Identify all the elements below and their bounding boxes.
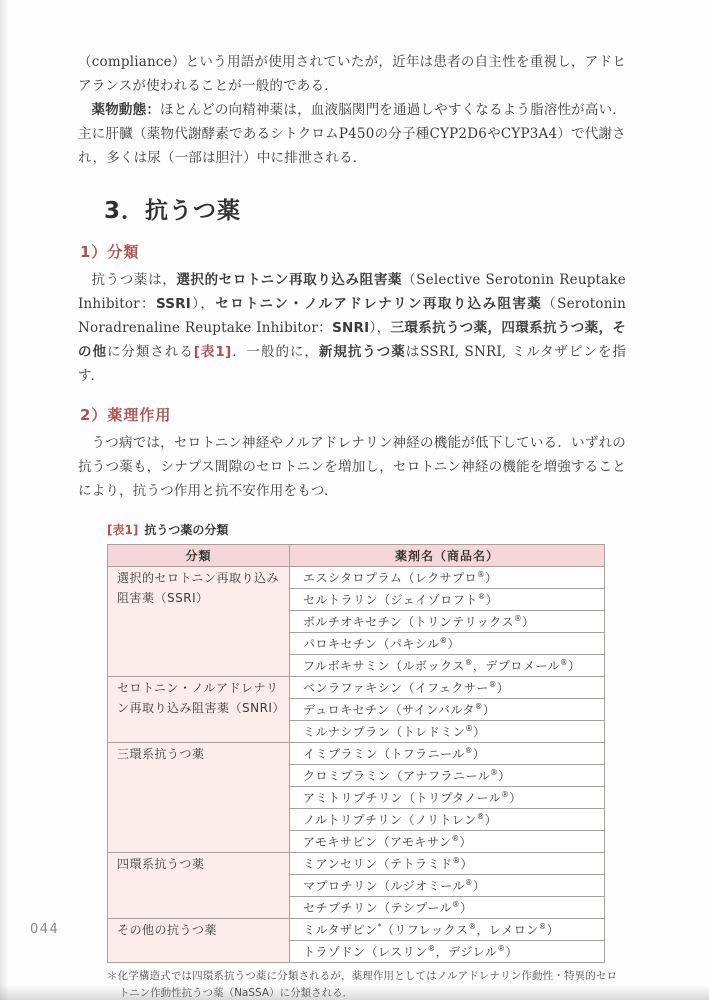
drug-cell: ボルチオキセチン（トリンテリックス®） xyxy=(290,611,605,633)
column-header-category: 分類 xyxy=(108,545,290,567)
drug-cell: トラゾドン（レスリン®，デジレル®） xyxy=(290,941,605,963)
drug-cell: ベンラファキシン（イフェクサー®） xyxy=(290,677,605,699)
column-header-drug-name: 薬剤名（商品名） xyxy=(290,545,605,567)
drug-cell: ミアンセリン（テトラミド®） xyxy=(290,853,605,875)
table-row: 三環系抗うつ薬イミプラミン（トフラニール®） xyxy=(108,743,605,765)
drug-cell: セルトラリン（ジェイゾロフト®） xyxy=(290,589,605,611)
drug-cell: ミルナシプラン（トレドミン®） xyxy=(290,721,605,743)
table-caption-title: 抗うつ薬の分類 xyxy=(144,523,228,537)
drug-cell: ミルタザピン*（リフレックス®，レメロン®） xyxy=(290,919,605,941)
drug-cell: フルボキサミン（ルボックス®，デプロメール®） xyxy=(290,655,605,677)
drug-cell: デュロキセチン（サインバルタ®） xyxy=(290,699,605,721)
category-cell: その他の抗うつ薬 xyxy=(108,919,290,963)
classification-paragraph: 抗うつ薬は，選択的セロトニン再取り込み阻害薬（Selective Seroton… xyxy=(78,268,626,388)
drug-cell: パロキセチン（パキシル®） xyxy=(290,633,605,655)
drug-cell: クロミプラミン（アナフラニール®） xyxy=(290,765,605,787)
drug-cell: セチプチリン（テシプール®） xyxy=(290,897,605,919)
antidepressant-classification-table: 分類 薬剤名（商品名） 選択的セロトニン再取り込み阻害薬（SSRI）エスシタロプ… xyxy=(107,544,605,963)
table-caption-tag: [表1] xyxy=(107,523,138,537)
page-content: （compliance）という用語が使用されていたが，近年は患者の自主性を重視し… xyxy=(78,50,626,1000)
intro-paragraph-continued: （compliance）という用語が使用されていたが，近年は患者の自主性を重視し… xyxy=(78,50,626,98)
category-cell: 選択的セロトニン再取り込み阻害薬（SSRI） xyxy=(108,567,290,677)
page-edge-shadow-bottom xyxy=(0,985,709,1000)
drug-table-body: 選択的セロトニン再取り込み阻害薬（SSRI）エスシタロプラム（レクサプロ®）セル… xyxy=(108,567,605,963)
drug-cell: アミトリプチリン（トリプタノール®） xyxy=(290,787,605,809)
table-caption: [表1]抗うつ薬の分類 xyxy=(107,521,626,538)
book-page: （compliance）という用語が使用されていたが，近年は患者の自主性を重視し… xyxy=(0,0,709,1000)
pharmacology-paragraph: うつ病では，セロトニン神経やノルアドレナリン神経の機能が低下している．いずれの抗… xyxy=(78,431,626,503)
table-row: 四環系抗うつ薬ミアンセリン（テトラミド®） xyxy=(108,853,605,875)
page-number: 044 xyxy=(30,922,59,937)
table-row: セロトニン・ノルアドレナリン再取り込み阻害薬（SNRI）ベンラファキシン（イフェ… xyxy=(108,677,605,699)
subsection-heading-pharmacology: 2）薬理作用 xyxy=(80,404,626,425)
table-row: その他の抗うつ薬ミルタザピン*（リフレックス®，レメロン®） xyxy=(108,919,605,941)
table-header-row: 分類 薬剤名（商品名） xyxy=(108,545,605,567)
pharmacokinetics-paragraph: 薬物動態：ほとんどの向精神薬は，血液脳関門を通過しやすくなるよう脂溶性が高い．主… xyxy=(78,98,626,170)
category-cell: セロトニン・ノルアドレナリン再取り込み阻害薬（SNRI） xyxy=(108,677,290,743)
drug-cell: アモキサピン（アモキサン®） xyxy=(290,831,605,853)
table-row: 選択的セロトニン再取り込み阻害薬（SSRI）エスシタロプラム（レクサプロ®） xyxy=(108,567,605,589)
drug-cell: ノルトリプチリン（ノリトレン®） xyxy=(290,809,605,831)
drug-cell: エスシタロプラム（レクサプロ®） xyxy=(290,567,605,589)
drug-cell: マプロチリン（ルジオミール®） xyxy=(290,875,605,897)
category-cell: 三環系抗うつ薬 xyxy=(108,743,290,853)
category-cell: 四環系抗うつ薬 xyxy=(108,853,290,919)
section-title: 3．抗うつ薬 xyxy=(104,192,626,225)
page-edge-shadow-left xyxy=(0,0,9,1000)
subsection-heading-classification: 1）分類 xyxy=(80,241,626,262)
drug-cell: イミプラミン（トフラニール®） xyxy=(290,743,605,765)
